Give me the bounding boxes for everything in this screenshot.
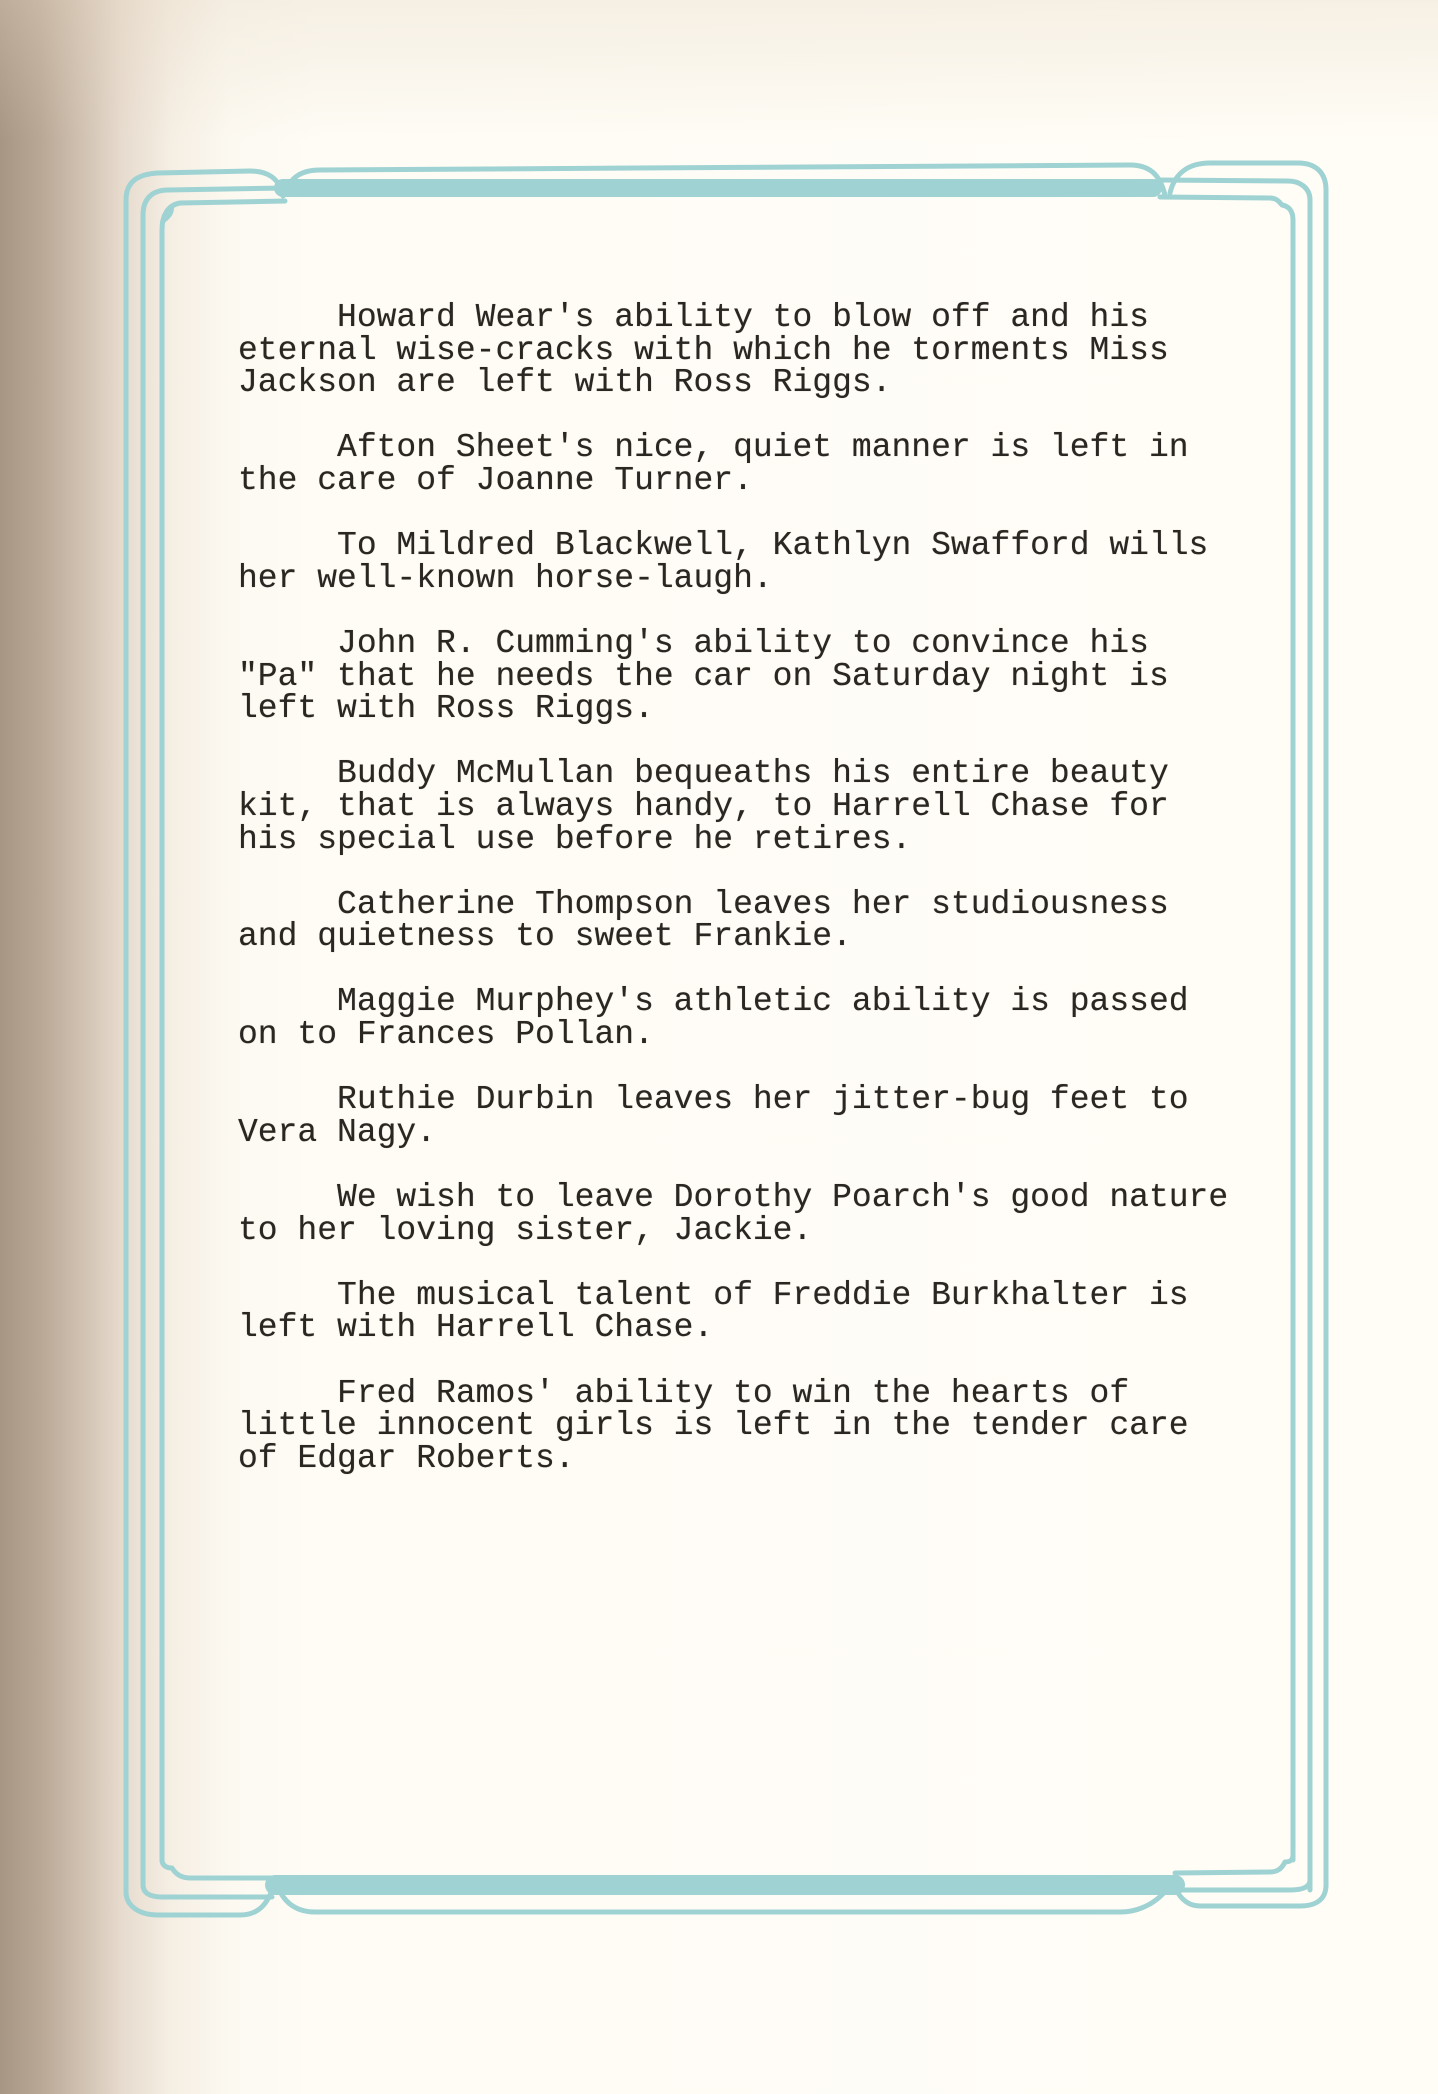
- typed-line: his special use before he retires.: [238, 824, 1278, 857]
- typed-line: Buddy McMullan bequeaths his entire beau…: [238, 758, 1278, 791]
- bequest-paragraph: The musical talent of Freddie Burkhalter…: [238, 1280, 1278, 1345]
- typed-line: John R. Cumming's ability to convince hi…: [238, 628, 1278, 661]
- typed-line: To Mildred Blackwell, Kathlyn Swafford w…: [238, 530, 1278, 563]
- bequest-paragraph: Buddy McMullan bequeaths his entire beau…: [238, 758, 1278, 856]
- bequest-paragraph: John R. Cumming's ability to convince hi…: [238, 628, 1278, 726]
- typed-line: on to Frances Pollan.: [238, 1019, 1278, 1052]
- typed-line: We wish to leave Dorothy Poarch's good n…: [238, 1182, 1278, 1215]
- typed-line: her well-known horse-laugh.: [238, 563, 1278, 596]
- typed-line: kit, that is always handy, to Harrell Ch…: [238, 791, 1278, 824]
- typed-line: of Edgar Roberts.: [238, 1443, 1278, 1476]
- bequest-paragraph: Maggie Murphey's athletic ability is pas…: [238, 986, 1278, 1051]
- bottom-left-inner-scroll: [162, 1850, 275, 1878]
- typed-line: Jackson are left with Ross Riggs.: [238, 367, 1278, 400]
- typed-line: left with Harrell Chase.: [238, 1312, 1278, 1345]
- typed-line: to her loving sister, Jackie.: [238, 1215, 1278, 1248]
- typed-line: Howard Wear's ability to blow off and hi…: [238, 302, 1278, 335]
- typed-line: Catherine Thompson leaves her studiousne…: [238, 889, 1278, 922]
- typed-line: Ruthie Durbin leaves her jitter-bug feet…: [238, 1084, 1278, 1117]
- typed-line: the care of Joanne Turner.: [238, 465, 1278, 498]
- bequest-paragraph: Ruthie Durbin leaves her jitter-bug feet…: [238, 1084, 1278, 1149]
- bottom-right-inner-scroll: [1175, 1850, 1293, 1873]
- document-body: Howard Wear's ability to blow off and hi…: [238, 302, 1278, 1508]
- bequest-paragraph: We wish to leave Dorothy Poarch's good n…: [238, 1182, 1278, 1247]
- typed-line: Maggie Murphey's athletic ability is pas…: [238, 986, 1278, 1019]
- bequest-paragraph: Afton Sheet's nice, quiet manner is left…: [238, 432, 1278, 497]
- typed-line: left with Ross Riggs.: [238, 693, 1278, 726]
- bequest-paragraph: Fred Ramos' ability to win the hearts of…: [238, 1378, 1278, 1476]
- typed-line: Afton Sheet's nice, quiet manner is left…: [238, 432, 1278, 465]
- bottom-left-outer-scroll: [126, 1850, 275, 1915]
- typed-line: The musical talent of Freddie Burkhalter…: [238, 1280, 1278, 1313]
- typed-line: eternal wise-cracks with which he tormen…: [238, 335, 1278, 368]
- typed-line: Vera Nagy.: [238, 1117, 1278, 1150]
- bequest-paragraph: Howard Wear's ability to blow off and hi…: [238, 302, 1278, 400]
- typed-line: and quietness to sweet Frankie.: [238, 921, 1278, 954]
- typed-line: little innocent girls is left in the ten…: [238, 1410, 1278, 1443]
- bequest-paragraph: Catherine Thompson leaves her studiousne…: [238, 889, 1278, 954]
- bottom-right-middle-scroll: [1175, 1875, 1310, 1890]
- typed-line: Fred Ramos' ability to win the hearts of: [238, 1378, 1278, 1411]
- bequest-paragraph: To Mildred Blackwell, Kathlyn Swafford w…: [238, 530, 1278, 595]
- typed-line: "Pa" that he needs the car on Saturday n…: [238, 661, 1278, 694]
